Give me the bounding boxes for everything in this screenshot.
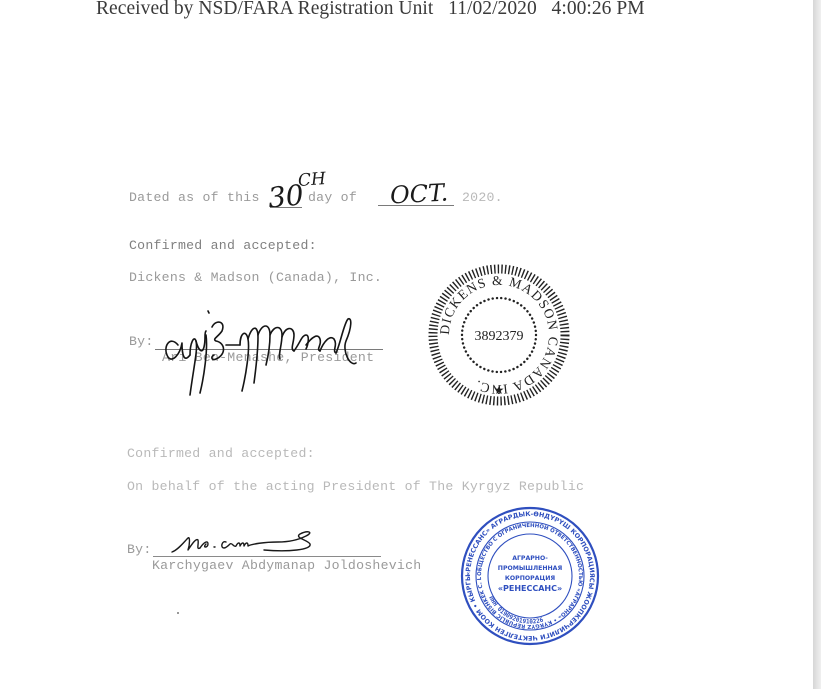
confirmed-label-1: Confirmed and accepted: [129,238,317,253]
svg-text:ИНН 01909201910226: ИНН 01909201910226 [487,595,544,626]
dated-middle: day of [308,190,357,205]
company-name: Dickens & Madson (Canada), Inc. [129,270,382,285]
seal2-center-line-4: «РЕНЕССАНС» [498,584,562,593]
seal2-center-line-2: ПРОМЫШЛЕННАЯ [498,565,563,572]
dated-prefix: Dated as of this [129,190,260,205]
seal2-center-line-3: КОРПОРАЦИЯ [505,575,556,582]
received-time: 4:00:26 PM [552,0,645,19]
handwritten-month: OCT. [389,178,449,209]
signature-ari-ben-menashe [160,305,370,400]
received-text: Received by NSD/FARA Registration Unit [96,0,433,19]
seal-number: 3892379 [475,329,524,344]
received-date: 11/02/2020 [448,0,537,19]
day-underline [270,207,302,208]
by-label-1: By: [129,334,154,349]
page-edge-shadow [813,0,821,689]
by-label-2: By: [127,542,152,557]
handwritten-day-suffix: CH [297,169,326,191]
seal2-inn: ИНН 01909201910226 [487,595,544,626]
behalf-line: On behalf of the acting President of The… [127,479,584,494]
signature-karchygaev [168,530,318,560]
corporate-seal-dickens-madson: DICKENS & MADSON CANADA INC. 3892379 ★ [428,264,570,406]
seal-star-icon: ★ [494,383,505,397]
speck [177,612,179,614]
seal2-center-line-1: АГРАРНО- [512,555,548,562]
document-page: Received by NSD/FARA Registration Unit 1… [0,0,813,689]
dated-year: 2020. [462,190,503,205]
corporate-seal-renessans: «РЕНЕССАНС» АГРАРДЫК-ӨНДҮРҮШ КОРПОРАЦИЯС… [460,506,600,646]
confirmed-label-2: Confirmed and accepted: [127,446,315,461]
registration-stamp: Received by NSD/FARA Registration Unit 1… [96,0,645,20]
signatory-2: Karchygaev Abdymanap Joldoshevich [152,558,421,573]
